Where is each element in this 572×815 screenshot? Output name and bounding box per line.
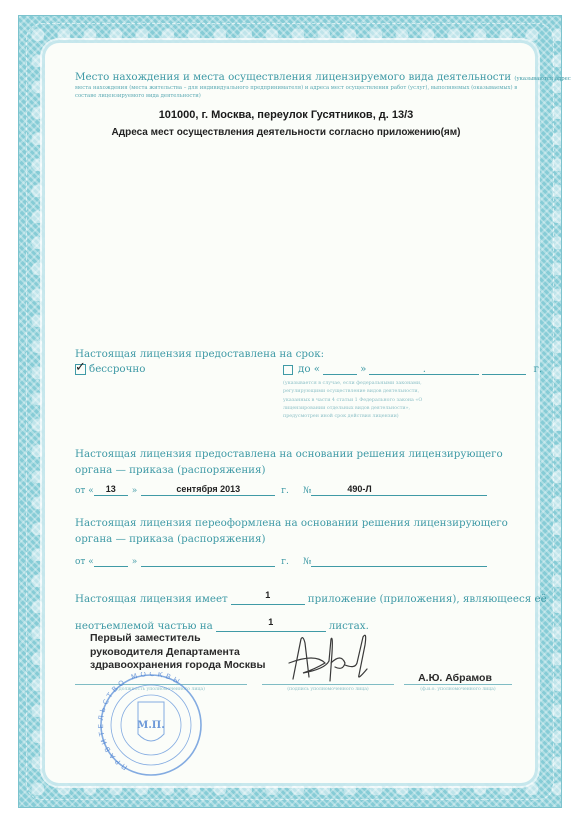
basis-order-row: от « 13 » сентября 2013 г. № 490-Л <box>75 484 487 496</box>
sheets-suffix: листах. <box>329 620 369 632</box>
basis-number-field[interactable]: 490-Л <box>311 484 487 496</box>
basis-heading: Настоящая лицензия предоставлена на осно… <box>75 447 525 478</box>
sheets-prefix: неотъемлемой частью на <box>75 620 213 632</box>
reissue-day-field[interactable] <box>94 555 128 567</box>
appendix-count-field[interactable]: 1 <box>231 593 305 605</box>
main-address: 101000, г. Москва, переулок Гусятников, … <box>0 109 572 121</box>
basis-day-field[interactable]: 13 <box>94 484 128 496</box>
basis-quote-close: » <box>132 486 138 496</box>
basis-number-value: 490-Л <box>311 484 487 494</box>
indefinite-checkbox[interactable]: ✓ <box>75 364 86 375</box>
until-day-field[interactable] <box>323 363 357 375</box>
location-heading-text: Место нахождения и места осуществления л… <box>75 71 511 83</box>
until-year-suffix: г. <box>533 363 542 375</box>
basis-day-value: 13 <box>94 484 128 494</box>
appendix-prefix: Настоящая лицензия имеет <box>75 593 228 605</box>
until-month-year-field[interactable]: . <box>369 363 479 375</box>
basis-month-year-field[interactable]: сентября 2013 <box>141 484 275 496</box>
basis-month-year-value: сентября 2013 <box>141 484 275 494</box>
official-stamp: ПРАВИТЕЛЬСТВО МОСКВЫ М.П. <box>82 672 220 778</box>
indefinite-option[interactable]: ✓ бессрочно <box>75 363 146 375</box>
until-year-field[interactable] <box>482 363 526 375</box>
appendix-count-value: 1 <box>231 590 305 600</box>
location-heading: Место нахождения и места осуществления л… <box>75 71 571 83</box>
reissue-quote-close: » <box>132 557 138 567</box>
sheets-count-value: 1 <box>216 617 326 627</box>
handwritten-signature <box>285 633 385 683</box>
reissue-number-field[interactable] <box>311 555 487 567</box>
appendix-count-row: Настоящая лицензия имеет 1 приложение (п… <box>75 593 547 605</box>
signature-caption: (подпись уполномоченного лица) <box>262 687 394 692</box>
term-heading: Настоящая лицензия предоставлена на срок… <box>75 348 324 360</box>
until-date-option[interactable]: до « » . г. <box>283 363 542 375</box>
until-quote-close: » <box>360 363 366 375</box>
name-line <box>404 684 512 685</box>
location-heading-subtitle: места нахождения (места жительства – для… <box>75 84 530 100</box>
reissue-number-label: № <box>303 557 312 567</box>
reissue-order-row: от « » г. № <box>75 555 487 567</box>
until-dot: . <box>423 363 426 375</box>
activity-places-note: Адреса мест осуществления деятельности с… <box>0 127 572 138</box>
reissue-heading: Настоящая лицензия переоформлена на осно… <box>75 516 525 547</box>
appendix-suffix: приложение (приложения), являющееся её <box>308 593 547 605</box>
appendix-sheets-row: неотъемлемой частью на 1 листах. <box>75 620 369 632</box>
until-prefix: до « <box>298 363 320 375</box>
basis-from-label: от « <box>75 486 94 496</box>
indefinite-label: бессрочно <box>89 363 146 375</box>
stamp-center-text: М.П. <box>137 720 164 731</box>
basis-number-label: № <box>303 486 312 496</box>
signature-line <box>262 684 394 685</box>
reissue-from-label: от « <box>75 557 94 567</box>
name-caption: (ф.и.о. уполномоченного лица) <box>404 687 512 692</box>
reissue-year-suffix: г. <box>281 557 289 567</box>
basis-year-suffix: г. <box>281 486 289 496</box>
until-footnote: (указывается в случае, если федеральными… <box>283 380 443 421</box>
until-checkbox[interactable] <box>283 365 293 375</box>
location-heading-note: (указываются адрес <box>514 76 570 82</box>
sheets-count-field[interactable]: 1 <box>216 620 326 632</box>
checkmark-icon: ✓ <box>75 360 86 375</box>
signer-position: Первый заместитель руководителя Департам… <box>90 632 270 673</box>
signer-name: А.Ю. Абрамов <box>395 672 515 684</box>
reissue-month-year-field[interactable] <box>141 555 275 567</box>
